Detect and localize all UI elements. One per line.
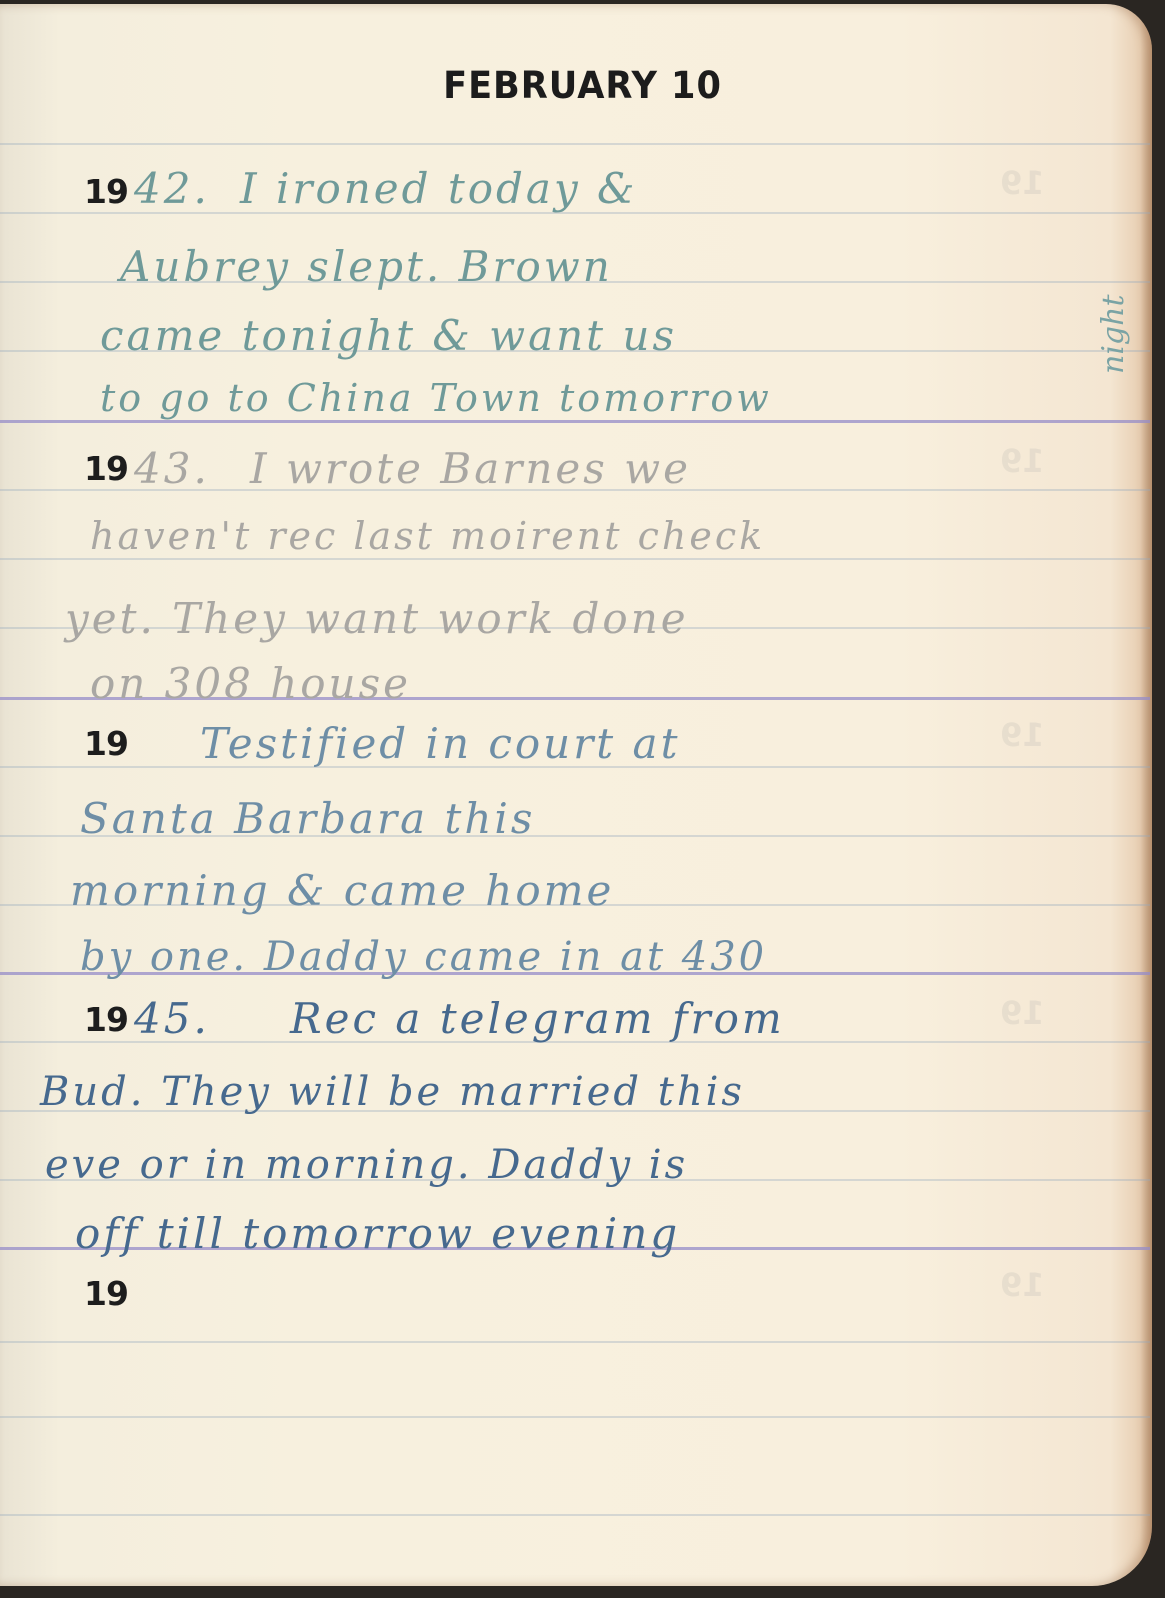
entry-line: haven't rec last moirent check <box>90 514 765 558</box>
year-prefix: 19 <box>84 172 128 211</box>
entry-line: off till tomorrow evening <box>75 1209 680 1258</box>
ruled-line <box>0 1514 1150 1516</box>
entry-line: Rec a telegram from <box>290 994 785 1043</box>
bleed-through-year: 19 <box>1000 1266 1045 1304</box>
entry-line: yet. They want work done <box>65 594 689 643</box>
entry-line: Testified in court at <box>200 719 680 768</box>
margin-note: night <box>1096 295 1131 375</box>
year-suffix-handwritten: 43. <box>134 444 210 493</box>
entry-line: came tonight & want us <box>100 311 677 360</box>
bleed-through-year: 19 <box>1000 994 1045 1032</box>
year-suffix-handwritten: 45. <box>134 994 210 1043</box>
year-prefix: 19 <box>84 1274 128 1313</box>
entry-line: on 308 house <box>90 659 411 708</box>
year-suffix-handwritten: 42. <box>134 164 210 213</box>
entry-line: eve or in morning. Daddy is <box>45 1142 688 1188</box>
entry-line: morning & came home <box>70 866 614 915</box>
year-prefix: 19 <box>84 1000 128 1039</box>
page-title: FEBRUARY 10 <box>29 64 1136 107</box>
ruled-line <box>0 143 1150 145</box>
bleed-through-year: 19 <box>1000 716 1045 754</box>
ruled-line <box>0 1416 1150 1418</box>
year-prefix: 19 <box>84 724 128 763</box>
entry-line: I ironed today & <box>240 164 637 213</box>
bleed-through-year: 19 <box>1000 164 1045 202</box>
diary-page: FEBRUARY 10 19 19 19 19 19 19 42. I iron… <box>0 4 1152 1586</box>
entry-line: by one. Daddy came in at 430 <box>80 934 767 980</box>
ruled-line <box>0 1341 1150 1343</box>
entry-line: to go to China Town tomorrow <box>100 376 772 420</box>
entry-line: Aubrey slept. Brown <box>120 242 613 291</box>
year-prefix: 19 <box>84 449 128 488</box>
entry-line: Santa Barbara this <box>80 794 535 843</box>
entry-line: Bud. They will be married this <box>40 1069 745 1115</box>
bleed-through-year: 19 <box>1000 442 1045 480</box>
entry-line: I wrote Barnes we <box>250 444 691 493</box>
ruled-line <box>0 558 1150 560</box>
section-divider <box>0 420 1150 423</box>
